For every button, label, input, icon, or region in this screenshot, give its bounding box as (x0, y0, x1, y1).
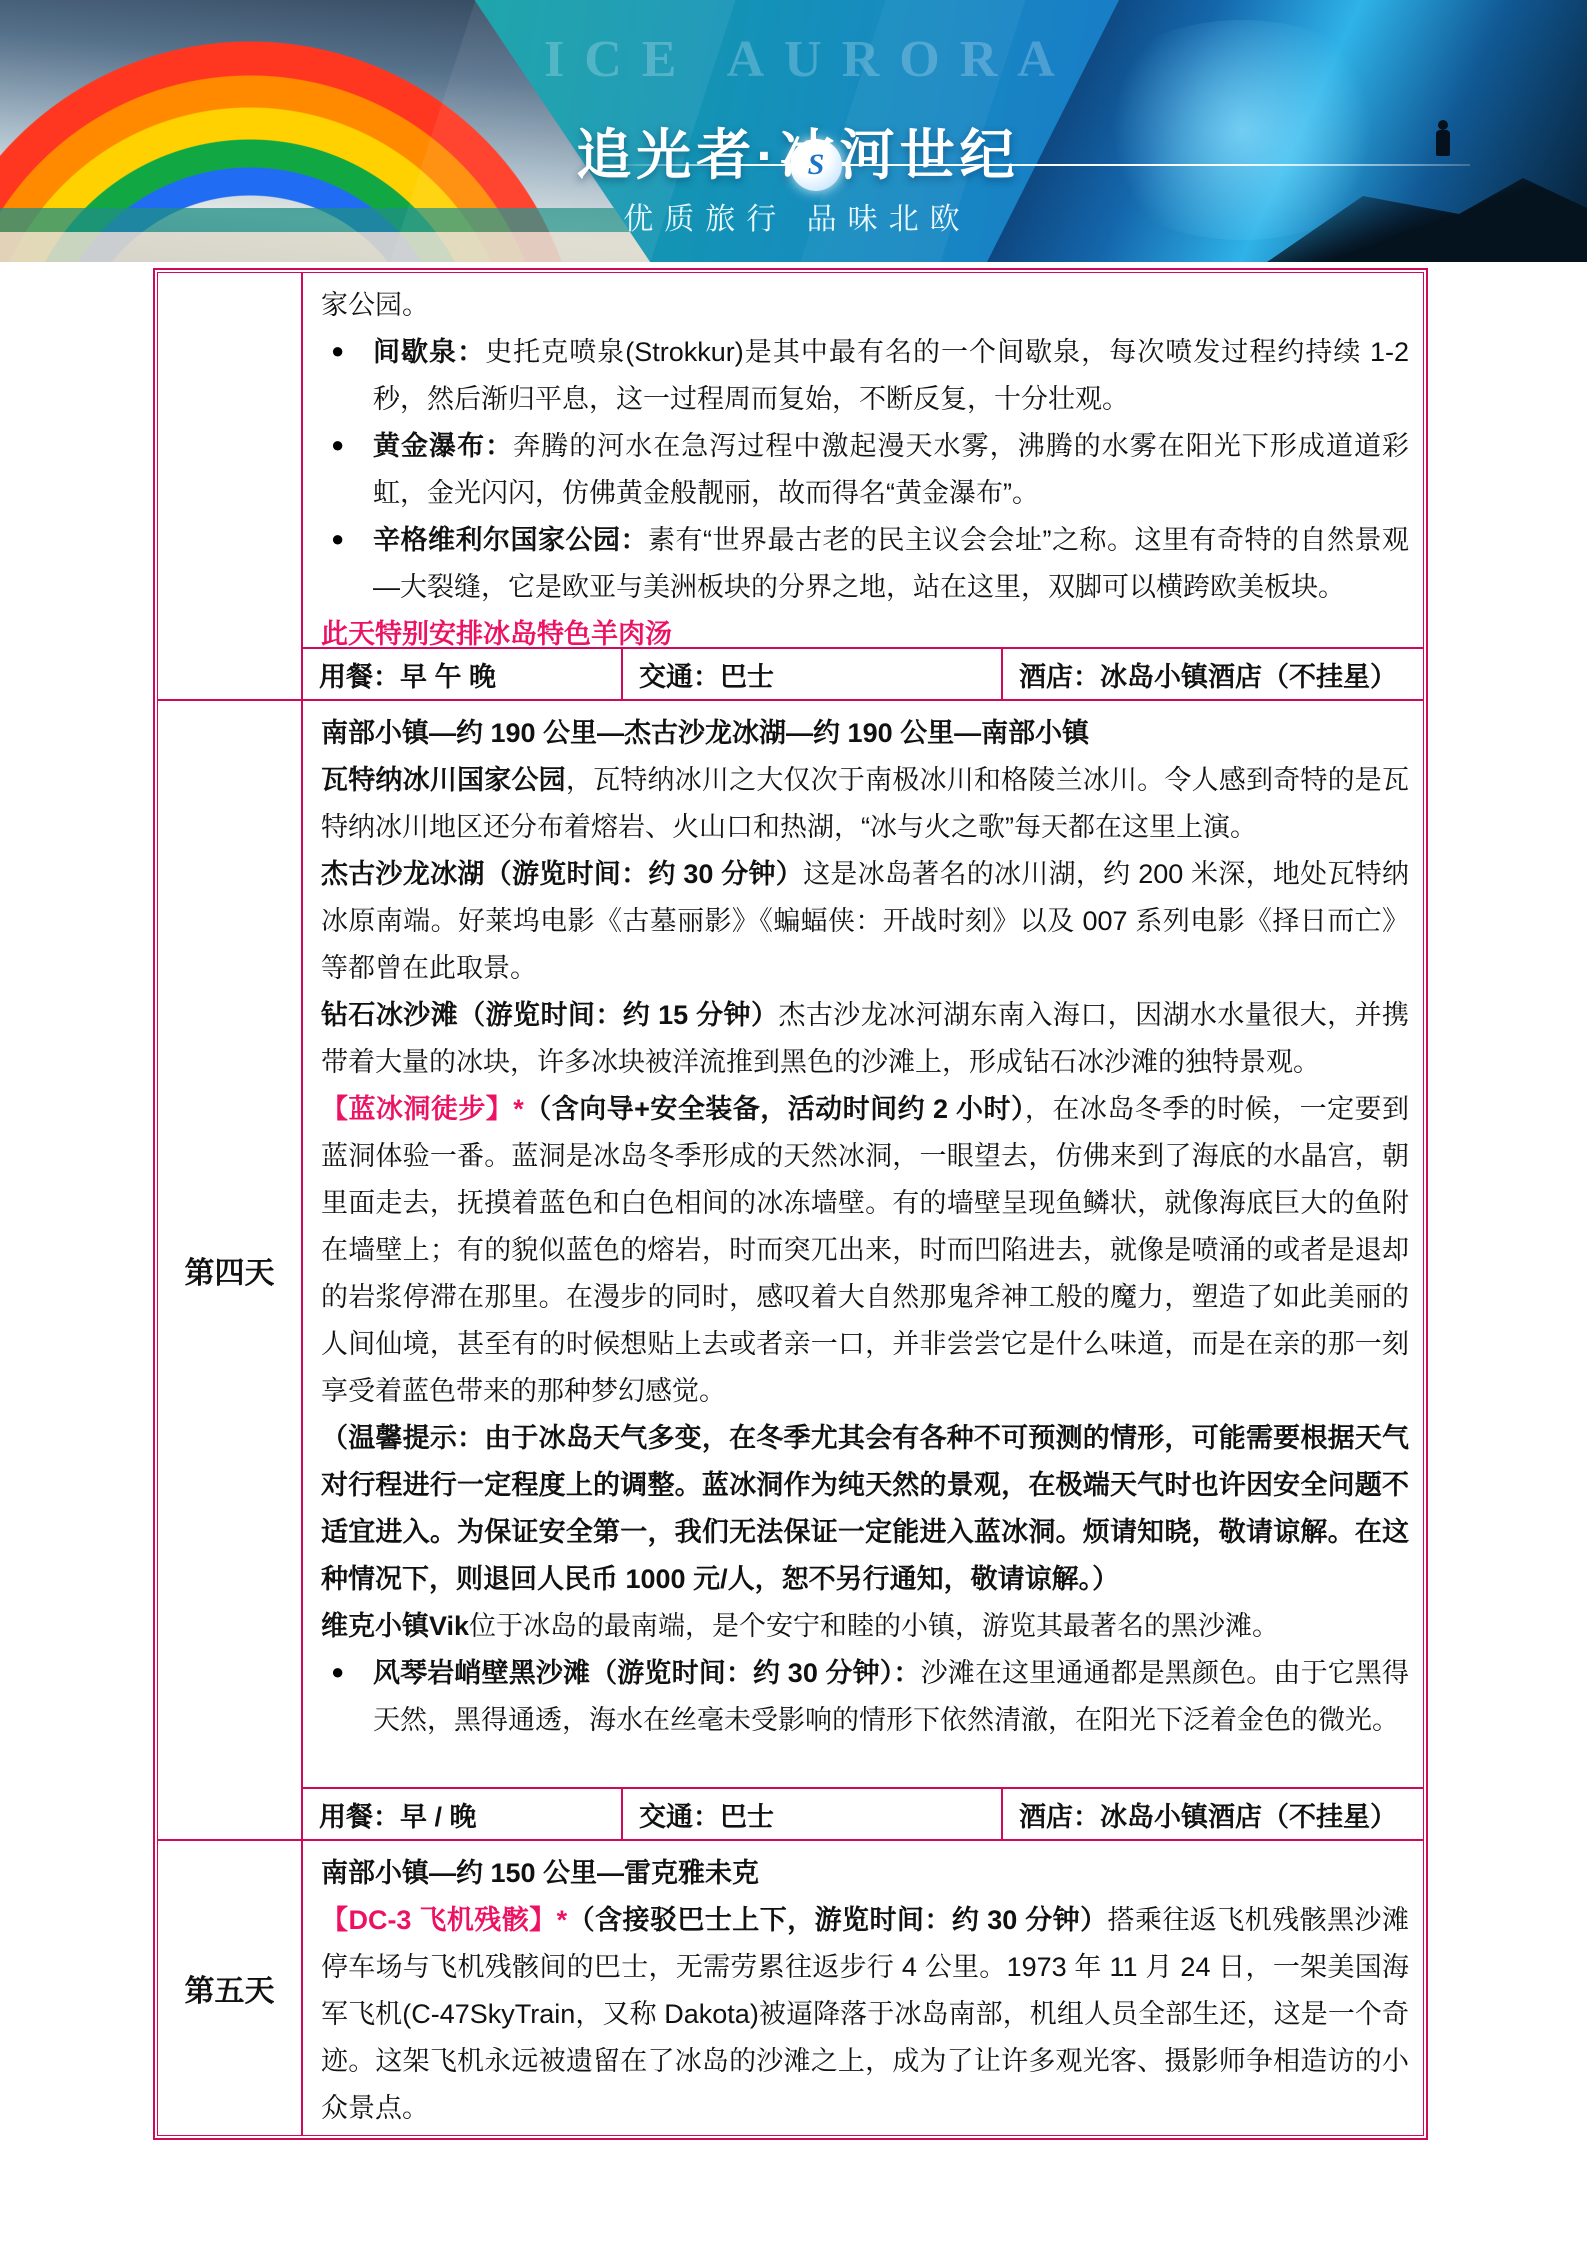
list-item: ● 间歇泉：史托克喷泉(Strokkur)是其中最有名的一个间歇泉，每次喷发过程… (321, 329, 1409, 423)
hotel-cell: 酒店：冰岛小镇酒店（不挂星） (1003, 1789, 1423, 1839)
paragraph: 【蓝冰洞徒步】*（含向导+安全装备，活动时间约 2 小时），在冰岛冬季的时候，一… (321, 1086, 1409, 1415)
list-item: ● 风琴岩峭壁黑沙滩（游览时间：约 30 分钟）：沙滩在这里通通都是黑颜色。由于… (321, 1650, 1409, 1744)
bullet-dot-icon: ● (331, 515, 344, 562)
meals-cell: 用餐：早 / 晚 (303, 1789, 621, 1839)
brand-logo-icon: S (790, 139, 842, 191)
hotel-cell: 酒店：冰岛小镇酒店（不挂星） (1003, 649, 1423, 699)
banner-divider (608, 164, 1470, 166)
banner-subtitle: 优质旅行 品味北欧 (623, 194, 970, 238)
list-item: ● 黄金瀑布：奔腾的河水在急泻过程中激起漫天水雾，沸腾的水雾在阳光下形成道道彩虹… (321, 423, 1409, 517)
meal-transport-hotel-row: 用餐：早 / 晚 交通：巴士 酒店：冰岛小镇酒店（不挂星） (303, 1787, 1423, 1839)
paragraph: 瓦特纳冰川国家公园，瓦特纳冰川之大仅次于南极冰川和格陵兰冰川。令人感到奇特的是瓦… (321, 757, 1409, 851)
list-item: ● 辛格维利尔国家公园：素有“世界最古老的民主议会会址”之称。这里有奇特的自然景… (321, 517, 1409, 611)
notice-paragraph: （温馨提示：由于冰岛天气多变，在冬季尤其会有各种不可预测的情形，可能需要根据天气… (321, 1415, 1409, 1603)
paragraph: 钻石冰沙滩（游览时间：约 15 分钟）杰古沙龙冰河湖东南入海口，因湖水水量很大，… (321, 992, 1409, 1086)
meals-cell: 用餐：早 午 晚 (303, 649, 621, 699)
bullet-dot-icon: ● (331, 1648, 344, 1695)
bullet-text: 风琴岩峭壁黑沙滩（游览时间：约 30 分钟）：沙滩在这里通通都是黑颜色。由于它黑… (373, 1650, 1409, 1744)
bullet-dot-icon: ● (331, 421, 344, 468)
day-block-continuation: 家公园。 ● 间歇泉：史托克喷泉(Strokkur)是其中最有名的一个间歇泉，每… (158, 273, 1423, 699)
transport-cell: 交通：巴士 (621, 1789, 1003, 1839)
day-content: 南部小镇—约 190 公里—杰古沙龙冰湖—约 190 公里—南部小镇 瓦特纳冰川… (303, 701, 1423, 1787)
paragraph: 维克小镇Vik位于冰岛的最南端，是个安宁和睦的小镇，游览其最著名的黑沙滩。 (321, 1603, 1409, 1650)
day-content: 南部小镇—约 150 公里—雷克雅未克 【DC-3 飞机残骸】*（含接驳巴士上下… (303, 1841, 1423, 2135)
day-label-cell: 第四天 (158, 701, 303, 1839)
itinerary-table: 家公园。 ● 间歇泉：史托克喷泉(Strokkur)是其中最有名的一个间歇泉，每… (153, 268, 1428, 2140)
paragraph: 【DC-3 飞机残骸】*（含接驳巴士上下，游览时间：约 30 分钟）搭乘往返飞机… (321, 1897, 1409, 2132)
banner: ICE AURORA 追光者·冰河世纪 S 优质旅行 品味北欧 (0, 0, 1587, 262)
paragraph: 杰古沙龙冰湖（游览时间：约 30 分钟）这是冰岛著名的冰川湖，约 200 米深，… (321, 851, 1409, 992)
day-label-cell-empty (158, 273, 303, 699)
optional-activity-label: 【DC-3 飞机残骸】* (321, 1905, 567, 1935)
day-block-day5: 第五天 南部小镇—约 150 公里—雷克雅未克 【DC-3 飞机残骸】*（含接驳… (158, 1839, 1423, 2135)
paragraph: 家公园。 (321, 282, 1409, 329)
day-content: 家公园。 ● 间歇泉：史托克喷泉(Strokkur)是其中最有名的一个间歇泉，每… (303, 273, 1423, 647)
banner-watermark: ICE AURORA (544, 30, 1075, 89)
bullet-text: 黄金瀑布：奔腾的河水在急泻过程中激起漫天水雾，沸腾的水雾在阳光下形成道道彩虹，金… (373, 423, 1409, 517)
meal-transport-hotel-row: 用餐：早 午 晚 交通：巴士 酒店：冰岛小镇酒店（不挂星） (303, 647, 1423, 699)
banner-photo-ice-cave (987, 0, 1587, 262)
person-silhouette (1435, 120, 1451, 166)
bullet-dot-icon: ● (331, 327, 344, 374)
special-arrangement-note: 此天特别安排冰岛特色羊肉汤 (321, 611, 1409, 647)
day-block-day4: 第四天 南部小镇—约 190 公里—杰古沙龙冰湖—约 190 公里—南部小镇 瓦… (158, 699, 1423, 1839)
bullet-text: 辛格维利尔国家公园：素有“世界最古老的民主议会会址”之称。这里有奇特的自然景观—… (373, 517, 1409, 611)
bullet-text: 间歇泉：史托克喷泉(Strokkur)是其中最有名的一个间歇泉，每次喷发过程约持… (373, 329, 1409, 423)
route-line: 南部小镇—约 190 公里—杰古沙龙冰湖—约 190 公里—南部小镇 (321, 710, 1409, 757)
travel-itinerary-page: ICE AURORA 追光者·冰河世纪 S 优质旅行 品味北欧 家公园。 ● 间… (0, 0, 1587, 2245)
day-label-cell: 第五天 (158, 1841, 303, 2135)
optional-activity-label: 【蓝冰洞徒步】* (321, 1094, 524, 1124)
transport-cell: 交通：巴士 (621, 649, 1003, 699)
route-line: 南部小镇—约 150 公里—雷克雅未克 (321, 1850, 1409, 1897)
